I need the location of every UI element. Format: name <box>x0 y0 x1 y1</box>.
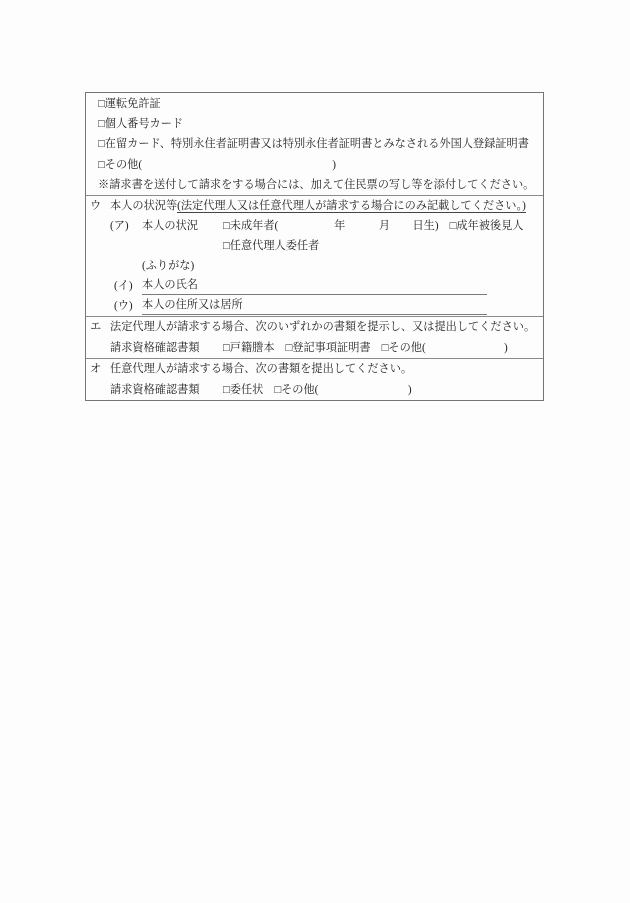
form-line: □その他( ) <box>86 155 543 175</box>
principal-address-field[interactable]: 本人の住所又は居所 <box>142 297 487 315</box>
form-line: (ウ) 本人の住所又は居所 <box>86 296 543 316</box>
form-line: □運転免許証 <box>86 94 543 114</box>
checkbox-other-document[interactable]: □ <box>98 159 105 171</box>
options-group: □委任状□その他( ) <box>223 380 412 401</box>
field-label-principal-status: 本人の状況 <box>142 216 198 236</box>
option-label-family-register: 戸籍謄本 <box>230 342 275 354</box>
checkbox-drivers-license[interactable]: □ <box>98 98 105 110</box>
line-content: □在留カード、特別永住者証明書又は特別永住者証明書とみなされる外国人登録証明書 <box>98 134 529 154</box>
section-principal-status: ウ 本人の状況等(法定代理人又は任意代理人が請求する場合にのみ記載してください。… <box>86 195 543 316</box>
checkbox-mynumber-card[interactable]: □ <box>98 118 105 130</box>
option-label-minor: 未成年者( 年 月 日生) <box>230 220 439 232</box>
form-line: ウ 本人の状況等(法定代理人又は任意代理人が請求する場合にのみ記載してください。… <box>86 196 543 216</box>
option-label-adult-ward: 成年被後見人 <box>456 220 523 232</box>
principal-address-field-label: 本人の住所又は居所 <box>142 299 243 311</box>
form-line: (イ) 本人の氏名 <box>86 276 543 296</box>
checkbox-voluntary-agent-delegator[interactable]: □ <box>223 240 230 252</box>
document-page: □運転免許証 □個人番号カード □在留カード、特別永住者証明書又は特別永住者証明… <box>0 0 630 903</box>
sub-item-letter: (ウ) <box>114 296 133 316</box>
line-content: □個人番号カード <box>98 114 183 134</box>
form-line: オ 任意代理人が請求する場合、次の書類を提出してください。 <box>86 359 543 380</box>
docs-label: 請求資格確認書類 <box>110 338 200 359</box>
option-label-mynumber-card: 個人番号カード <box>105 118 183 130</box>
form-line: □個人番号カード <box>86 114 543 134</box>
request-form-table: □運転免許証 □個人番号カード □在留カード、特別永住者証明書又は特別永住者証明… <box>85 92 544 401</box>
option-label-power-of-attorney: 委任状 <box>230 384 264 396</box>
section-letter: オ <box>90 359 101 380</box>
line-content: □その他( ) <box>98 155 336 175</box>
options-group: □未成年者( 年 月 日生)□成年被後見人 <box>223 216 524 236</box>
section-title-plain: 本人の状況等 <box>110 200 177 212</box>
form-line: (ふりがな) <box>86 256 543 276</box>
section-id-documents: □運転免許証 □個人番号カード □在留カード、特別永住者証明書又は特別永住者証明… <box>86 93 543 195</box>
section-voluntary-representative: オ 任意代理人が請求する場合、次の書類を提出してください。 請求資格確認書類 □… <box>86 358 543 400</box>
section-instruction: 任意代理人が請求する場合、次の書類を提出してください。 <box>110 359 412 380</box>
form-line: 請求資格確認書類 □戸籍謄本□登記事項証明書□その他( ) <box>86 338 543 359</box>
section-letter: エ <box>90 317 101 338</box>
furigana-label: (ふりがな) <box>142 256 194 276</box>
note-text: ※請求書を送付して請求をする場合には、加えて住民票の写し等を添付してください。 <box>98 175 534 195</box>
option-label-other-legal-doc: その他( ) <box>388 342 507 354</box>
sub-item-letter: (イ) <box>114 276 133 296</box>
principal-name-field-label: 本人の氏名 <box>142 279 198 291</box>
form-line: (ア) 本人の状況 □未成年者( 年 月 日生)□成年被後見人 <box>86 216 543 236</box>
option-label-registration-certificate: 登記事項証明書 <box>292 342 370 354</box>
form-line: □任意代理人委任者 <box>86 236 543 256</box>
principal-name-field[interactable]: 本人の氏名 <box>142 277 487 295</box>
checkbox-power-of-attorney[interactable]: □ <box>223 384 230 396</box>
checkbox-residence-card[interactable]: □ <box>98 138 105 150</box>
form-line: ※請求書を送付して請求をする場合には、加えて住民票の写し等を添付してください。 <box>86 175 543 195</box>
section-title-underlined: (法定代理人又は任意代理人が請求する場合にのみ記載してください。) <box>177 200 526 213</box>
section-title: 本人の状況等(法定代理人又は任意代理人が請求する場合にのみ記載してください。) <box>110 196 526 216</box>
form-line: 請求資格確認書類 □委任状□その他( ) <box>86 380 543 401</box>
option-label-other-document: その他( ) <box>105 159 336 171</box>
options-group: □任意代理人委任者 <box>223 236 319 256</box>
line-content: □運転免許証 <box>98 94 161 114</box>
section-letter: ウ <box>90 196 101 216</box>
section-legal-representative: エ 法定代理人が請求する場合、次のいずれかの書類を提示し、又は提出してください。… <box>86 316 543 358</box>
option-label-residence-card: 在留カード、特別永住者証明書又は特別永住者証明書とみなされる外国人登録証明書 <box>105 138 529 150</box>
checkbox-family-register[interactable]: □ <box>223 342 230 354</box>
section-instruction: 法定代理人が請求する場合、次のいずれかの書類を提示し、又は提出してください。 <box>110 317 535 338</box>
option-label-other-voluntary-doc: その他( ) <box>281 384 412 396</box>
checkbox-minor[interactable]: □ <box>223 220 230 232</box>
option-label-drivers-license: 運転免許証 <box>105 98 161 110</box>
option-label-voluntary-agent-delegator: 任意代理人委任者 <box>230 240 320 252</box>
docs-label: 請求資格確認書類 <box>110 380 200 401</box>
sub-item-letter: (ア) <box>110 216 129 236</box>
form-line: エ 法定代理人が請求する場合、次のいずれかの書類を提示し、又は提出してください。 <box>86 317 543 338</box>
form-line: □在留カード、特別永住者証明書又は特別永住者証明書とみなされる外国人登録証明書 <box>86 134 543 154</box>
options-group: □戸籍謄本□登記事項証明書□その他( ) <box>223 338 508 359</box>
